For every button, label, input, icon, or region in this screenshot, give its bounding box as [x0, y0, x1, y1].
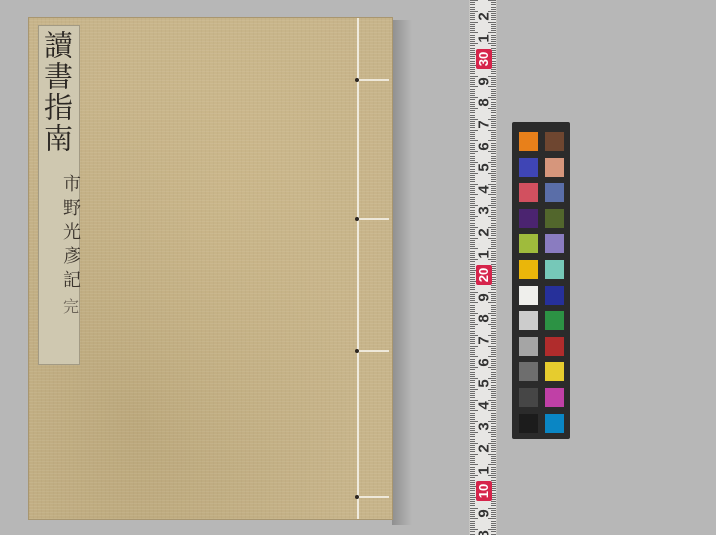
- ruler-tick: [470, 419, 475, 420]
- ruler-tick: [491, 244, 496, 245]
- ruler-tick: [470, 82, 475, 83]
- ruler-tick: [470, 132, 475, 133]
- ruler-tick: [470, 71, 475, 72]
- ruler-tick: [470, 294, 475, 295]
- ruler-tick: [470, 73, 475, 74]
- ruler-tick: [470, 460, 475, 461]
- ruler-label: 9: [476, 289, 493, 305]
- color-patch: [519, 414, 538, 433]
- ruler-tick: [470, 514, 475, 515]
- ruler-tick: [470, 521, 475, 522]
- ruler-tick: [491, 28, 496, 29]
- ruler-tick: [470, 199, 475, 200]
- ruler-tick: [470, 45, 475, 46]
- ruler-tick: [470, 147, 475, 148]
- ruler-tick: [491, 395, 496, 396]
- ruler-tick: [470, 220, 475, 221]
- ruler-tick: [470, 123, 475, 124]
- ruler-tick: [470, 462, 475, 463]
- ruler-label: 5: [476, 160, 493, 176]
- ruler-label: 7: [476, 117, 493, 133]
- ruler-tick: [491, 415, 496, 416]
- ruler-tick: [470, 430, 475, 431]
- ruler-tick: [470, 495, 475, 496]
- ruler-tick: [470, 350, 475, 351]
- book-shadow: [392, 20, 412, 525]
- ruler-label: 2: [476, 225, 493, 241]
- ruler-tick: [470, 143, 475, 144]
- ruler-label: 1: [476, 30, 493, 46]
- color-patch: [545, 311, 564, 330]
- ruler-tick: [470, 501, 475, 502]
- binding-thread: [357, 18, 359, 519]
- ruler-tick: [491, 69, 496, 70]
- ruler-tick: [470, 503, 475, 504]
- ruler-tick: [470, 382, 475, 383]
- ruler-tick: [470, 274, 475, 275]
- ruler-tick: [470, 426, 475, 427]
- ruler-tick: [470, 91, 475, 92]
- ruler-tick: [470, 534, 475, 535]
- ruler-tick: [470, 210, 475, 211]
- ruler-tick: [470, 110, 475, 111]
- ruler-tick: [470, 136, 475, 137]
- ruler-tick: [470, 361, 475, 362]
- stitch-thread: [359, 79, 389, 81]
- ruler-tick: [470, 298, 475, 299]
- color-patch: [545, 209, 564, 228]
- ruler-tick: [470, 242, 475, 243]
- ruler-tick: [470, 287, 475, 288]
- ruler-tick: [491, 71, 496, 72]
- ruler-tick: [491, 115, 496, 116]
- ruler-label: 30: [476, 49, 492, 69]
- ruler-tick: [491, 307, 496, 308]
- color-patch: [519, 132, 538, 151]
- color-patch: [519, 286, 538, 305]
- ruler-tick: [470, 153, 475, 154]
- ruler-tick: [470, 268, 475, 269]
- ruler-tick: [491, 287, 496, 288]
- ruler-tick: [470, 115, 475, 116]
- ruler-tick: [470, 413, 475, 414]
- ruler-tick: [470, 523, 475, 524]
- ruler-tick: [470, 212, 475, 213]
- ruler-tick: [470, 272, 475, 273]
- ruler-tick: [470, 471, 475, 472]
- ruler-tick: [491, 458, 496, 459]
- ruler-tick: [491, 26, 496, 27]
- ruler-tick: [491, 393, 496, 394]
- ruler-tick: [470, 48, 475, 49]
- ruler-tick: [470, 326, 475, 327]
- ruler-tick: [470, 56, 475, 57]
- ruler-tick: [470, 61, 475, 62]
- ruler-tick: [470, 78, 475, 79]
- color-patch: [545, 183, 564, 202]
- ruler-tick: [491, 460, 496, 461]
- ruler-tick: [470, 343, 475, 344]
- color-patch: [519, 388, 538, 407]
- color-patch: [545, 388, 564, 407]
- ruler-tick: [470, 456, 475, 457]
- ruler-tick: [470, 277, 475, 278]
- ruler-tick: [470, 315, 475, 316]
- ruler-tick: [470, 439, 475, 440]
- ruler-tick: [470, 240, 475, 241]
- ruler-label: 8: [476, 527, 493, 535]
- ruler-tick: [470, 352, 475, 353]
- ruler-tick: [470, 203, 475, 204]
- ruler-tick: [470, 328, 475, 329]
- ruler-tick: [470, 296, 475, 297]
- color-patch: [545, 362, 564, 381]
- ruler-tick: [491, 4, 496, 5]
- ruler-tick: [470, 30, 475, 31]
- ruler-tick: [470, 531, 475, 532]
- ruler-tick: [491, 7, 496, 8]
- color-patch: [519, 234, 538, 253]
- ruler-tick: [470, 26, 475, 27]
- ruler-tick: [470, 201, 475, 202]
- ruler-tick: [470, 41, 475, 42]
- ruler-tick: [470, 89, 475, 90]
- ruler-tick: [470, 37, 475, 38]
- ruler-tick: [491, 199, 496, 200]
- stitch-hole: [355, 217, 359, 221]
- ruler-tick: [470, 7, 475, 8]
- ruler-tick: [470, 145, 475, 146]
- ruler-tick: [470, 67, 475, 68]
- ruler-tick: [491, 352, 496, 353]
- measuring-ruler: 2130987654321209876543211098: [469, 0, 497, 535]
- ruler-tick: [491, 2, 496, 3]
- ruler-tick: [470, 289, 475, 290]
- ruler-label: 8: [476, 311, 493, 327]
- color-patch: [519, 337, 538, 356]
- author-line: 市野光彥記: [60, 174, 80, 294]
- ruler-tick: [470, 527, 475, 528]
- color-patch: [545, 414, 564, 433]
- ruler-tick: [470, 190, 475, 191]
- color-patch: [519, 362, 538, 381]
- ruler-tick: [470, 391, 475, 392]
- ruler-tick: [470, 376, 475, 377]
- ruler-tick: [470, 244, 475, 245]
- ruler-tick: [470, 458, 475, 459]
- ruler-tick: [491, 503, 496, 504]
- ruler-tick: [470, 387, 475, 388]
- ruler-tick: [470, 13, 475, 14]
- ruler-tick: [470, 192, 475, 193]
- ruler-label: 1: [476, 462, 493, 478]
- color-patch: [545, 337, 564, 356]
- ruler-tick: [470, 372, 475, 373]
- ruler-tick: [470, 467, 475, 468]
- ruler-tick: [491, 331, 496, 332]
- ruler-tick: [470, 397, 475, 398]
- ruler-tick: [470, 415, 475, 416]
- ruler-tick: [470, 15, 475, 16]
- ruler-tick: [470, 305, 475, 306]
- ruler-tick: [470, 214, 475, 215]
- stitch-thread: [359, 350, 389, 352]
- ruler-tick: [470, 261, 475, 262]
- ruler-tick: [491, 91, 496, 92]
- ruler-tick: [470, 179, 475, 180]
- ruler-tick: [470, 253, 475, 254]
- ruler-tick: [470, 218, 475, 219]
- book-title: 讀書指南: [44, 30, 76, 154]
- ruler-tick: [491, 134, 496, 135]
- ruler-tick: [470, 225, 475, 226]
- ruler-tick: [491, 156, 496, 157]
- ruler-label: 6: [476, 354, 493, 370]
- ruler-tick: [470, 393, 475, 394]
- ruler-tick: [470, 235, 475, 236]
- ruler-tick: [470, 402, 475, 403]
- ruler-tick: [470, 512, 475, 513]
- ruler-tick: [470, 186, 475, 187]
- ruler-label: 4: [476, 397, 493, 413]
- ruler-tick: [470, 374, 475, 375]
- ruler-tick: [470, 499, 475, 500]
- ruler-tick: [470, 138, 475, 139]
- ruler-label: 5: [476, 376, 493, 392]
- ruler-tick: [470, 279, 475, 280]
- ruler-tick: [470, 285, 475, 286]
- stitch-thread: [359, 496, 389, 498]
- ruler-tick: [470, 320, 475, 321]
- ruler-tick: [470, 300, 475, 301]
- color-patch: [545, 286, 564, 305]
- ruler-tick: [470, 408, 475, 409]
- ruler-tick: [491, 264, 496, 265]
- stitch-hole: [355, 495, 359, 499]
- ruler-label: 8: [476, 95, 493, 111]
- ruler-tick: [470, 359, 475, 360]
- ruler-tick: [470, 333, 475, 334]
- ruler-tick: [470, 380, 475, 381]
- ruler-tick: [470, 493, 475, 494]
- ruler-tick: [470, 117, 475, 118]
- ruler-tick: [491, 136, 496, 137]
- ruler-tick: [470, 484, 475, 485]
- ruler-tick: [470, 255, 475, 256]
- ruler-tick: [470, 188, 475, 189]
- ruler-tick: [470, 4, 475, 5]
- ruler-tick: [470, 28, 475, 29]
- color-patch: [545, 132, 564, 151]
- ruler-tick: [470, 307, 475, 308]
- ruler-tick: [470, 0, 478, 1]
- book-cover: 讀書指南 市野光彥記 完: [28, 17, 393, 520]
- ruler-tick: [470, 160, 475, 161]
- ruler-tick: [470, 134, 475, 135]
- ruler-tick: [470, 112, 475, 113]
- ruler-tick: [470, 473, 475, 474]
- ruler-label: 20: [476, 265, 492, 285]
- ruler-tick: [470, 69, 475, 70]
- ruler-label: 4: [476, 181, 493, 197]
- color-patch: [519, 260, 538, 279]
- ruler-tick: [491, 223, 496, 224]
- ruler-tick: [470, 181, 475, 182]
- ruler-tick: [470, 395, 475, 396]
- ruler-tick: [470, 449, 475, 450]
- ruler-tick: [470, 233, 475, 234]
- ruler-tick: [470, 52, 475, 53]
- ruler-tick: [470, 447, 475, 448]
- ruler-tick: [470, 363, 475, 364]
- ruler-tick: [470, 177, 475, 178]
- ruler-tick: [470, 516, 475, 517]
- ruler-tick: [470, 406, 475, 407]
- ruler-tick: [470, 50, 475, 51]
- ruler-tick: [470, 171, 475, 172]
- color-patch: [519, 158, 538, 177]
- ruler-tick: [470, 58, 475, 59]
- ruler-tick: [470, 251, 475, 252]
- ruler-tick: [491, 436, 496, 437]
- ruler-tick: [470, 156, 475, 157]
- ruler-tick: [470, 102, 475, 103]
- ruler-tick: [470, 477, 475, 478]
- color-checker: [512, 122, 570, 439]
- ruler-tick: [491, 372, 496, 373]
- ruler-tick: [470, 505, 475, 506]
- ruler-tick: [470, 246, 475, 247]
- ruler-tick: [470, 369, 475, 370]
- ruler-tick: [470, 84, 475, 85]
- ruler-tick: [470, 451, 475, 452]
- ruler-tick: [470, 469, 475, 470]
- ruler-tick: [470, 166, 475, 167]
- ruler-tick: [470, 121, 475, 122]
- ruler-tick: [470, 480, 475, 481]
- title-slip: 讀書指南 市野光彥記 完: [38, 25, 80, 365]
- ruler-tick: [470, 17, 475, 18]
- ruler-tick: [470, 339, 475, 340]
- ruler-label: 10: [476, 481, 492, 501]
- ruler-tick: [470, 93, 475, 94]
- ruler-tick: [470, 149, 475, 150]
- ruler-tick: [470, 441, 475, 442]
- ruler-tick: [491, 350, 496, 351]
- ruler-label: 1: [476, 246, 493, 262]
- ruler-tick: [470, 331, 475, 332]
- ruler-tick: [491, 285, 496, 286]
- ruler-tick: [470, 309, 475, 310]
- ruler-tick: [470, 175, 475, 176]
- ruler-tick: [470, 322, 475, 323]
- ruler-tick: [470, 95, 475, 96]
- ruler-tick: [470, 24, 475, 25]
- ruler-tick: [470, 348, 475, 349]
- ruler-tick: [470, 264, 475, 265]
- ruler-tick: [470, 490, 475, 491]
- ruler-tick: [470, 80, 475, 81]
- ruler-tick: [470, 337, 475, 338]
- ruler-label: 7: [476, 333, 493, 349]
- color-patch: [519, 311, 538, 330]
- ruler-tick: [470, 197, 475, 198]
- ruler-tick: [491, 328, 496, 329]
- color-patch: [545, 158, 564, 177]
- ruler-tick: [491, 523, 496, 524]
- ruler-tick: [470, 445, 475, 446]
- color-patch: [519, 209, 538, 228]
- ruler-tick: [470, 482, 475, 483]
- ruler-tick: [470, 63, 475, 64]
- ruler-tick: [470, 385, 475, 386]
- ruler-tick: [491, 242, 496, 243]
- ruler-tick: [470, 104, 475, 105]
- ruler-tick: [470, 488, 475, 489]
- ruler-tick: [491, 177, 496, 178]
- ruler-tick: [470, 9, 475, 10]
- ruler-tick: [470, 436, 475, 437]
- color-patch: [545, 260, 564, 279]
- ruler-tick: [470, 125, 475, 126]
- ruler-tick: [470, 311, 475, 312]
- ruler-tick: [470, 19, 475, 20]
- ruler-tick: [470, 428, 475, 429]
- ruler-tick: [491, 179, 496, 180]
- ruler-tick: [470, 266, 475, 267]
- ruler-tick: [488, 0, 496, 1]
- ruler-tick: [470, 39, 475, 40]
- ruler-tick: [470, 434, 475, 435]
- stitch-hole: [355, 349, 359, 353]
- ruler-tick: [491, 48, 496, 49]
- ruler-tick: [470, 423, 475, 424]
- ruler-tick: [470, 257, 475, 258]
- ruler-tick: [470, 318, 475, 319]
- ruler-tick: [470, 99, 475, 100]
- ruler-tick: [470, 164, 475, 165]
- ruler-tick: [470, 525, 475, 526]
- ruler-tick: [470, 106, 475, 107]
- ruler-tick: [470, 158, 475, 159]
- ruler-tick: [470, 510, 475, 511]
- ruler-tick: [491, 439, 496, 440]
- ruler-tick: [470, 404, 475, 405]
- ruler-tick: [470, 365, 475, 366]
- ruler-tick: [491, 112, 496, 113]
- stitch-thread: [359, 218, 389, 220]
- ruler-tick: [491, 501, 496, 502]
- ruler-tick: [470, 354, 475, 355]
- seal-mark: 完: [63, 294, 79, 317]
- ruler-tick: [470, 229, 475, 230]
- ruler-tick: [470, 127, 475, 128]
- ruler-tick: [491, 220, 496, 221]
- ruler-label: 2: [476, 9, 493, 25]
- ruler-tick: [470, 35, 475, 36]
- stitch-hole: [355, 78, 359, 82]
- ruler-tick: [491, 480, 496, 481]
- ruler-tick: [470, 231, 475, 232]
- ruler-label: 6: [476, 138, 493, 154]
- ruler-label: 3: [476, 203, 493, 219]
- ruler-tick: [470, 169, 475, 170]
- ruler-label: 9: [476, 73, 493, 89]
- color-patch: [545, 234, 564, 253]
- ruler-label: 9: [476, 505, 493, 521]
- ruler-tick: [470, 2, 475, 3]
- ruler-label: 2: [476, 441, 493, 457]
